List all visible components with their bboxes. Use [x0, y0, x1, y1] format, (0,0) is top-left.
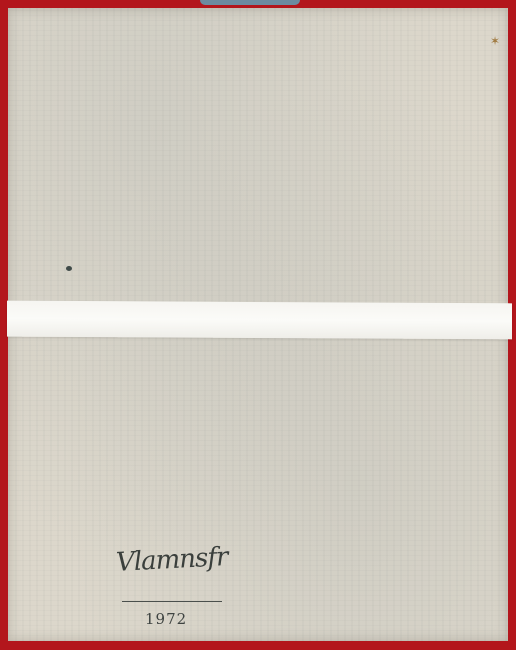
ink-spot [66, 266, 72, 271]
top-blue-edge [200, 0, 300, 5]
signature: Vlamnsfr [115, 542, 228, 578]
signature-underline [122, 601, 222, 602]
white-tape-strip [7, 301, 512, 340]
corner-mark-icon: ✶ [490, 36, 502, 46]
year-inscription: 1972 [145, 610, 187, 628]
